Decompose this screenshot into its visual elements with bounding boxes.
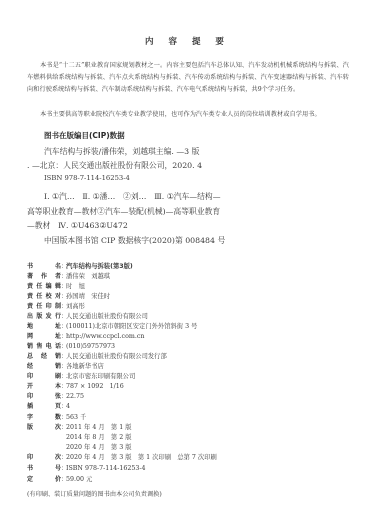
info-label: 经 销 [27, 362, 61, 372]
cip-publisher-line: . —北京：人民交通出版社股份有限公司，2020. 4 [27, 160, 202, 171]
info-value: (100011)北京市朝阳区安定门外外馆斜街 3 号 [66, 322, 197, 332]
info-row-general-distributor: 总 经 销：人民交通出版社股份有限公司发行部 [27, 352, 167, 362]
info-label: 出版发行 [27, 312, 61, 322]
info-label: 定 价 [27, 475, 61, 485]
info-value: 787 × 1092 1/16 [66, 382, 124, 392]
info-row-sheets: 印 张：22.75 [27, 392, 84, 402]
info-label: 书 号 [27, 464, 61, 474]
info-value: 59.00 元 [66, 475, 92, 485]
info-value: 人民交通出版社股份有限公司 [66, 312, 148, 322]
info-label: 责任校对 [27, 292, 61, 302]
edition-3: 2020 年 4 月 第 3 版 [66, 443, 132, 453]
info-label: 责任编辑 [27, 282, 61, 292]
info-label: 版 次 [27, 423, 61, 433]
cip-classification-line-1: Ⅰ. ①汽… Ⅱ. ①潘… ②刘… Ⅲ. ①汽车—结构— [44, 191, 221, 202]
info-row-format: 开 本：787 × 1092 1/16 [27, 382, 124, 392]
info-row-website: 网 址：http://www.ccpcl.com.cn [27, 332, 144, 342]
cip-classification-line-2: 高等职业教育—教材②汽车—装配(机械)—高等职业教育 [27, 206, 220, 217]
cip-heading: 图书在版编目(CIP)数据 [44, 130, 125, 141]
info-label: 印 次 [27, 453, 61, 463]
info-label: 开 本 [27, 382, 61, 392]
info-value: 22.75 [66, 392, 84, 402]
info-row-sales-phone: 销售电话：(010)59757973 [27, 342, 115, 352]
info-value: 2020 年 4 月 第 3 版 第 1 次印刷 总第 7 次印刷 [66, 453, 217, 463]
cip-classification-line-3: —教材 Ⅳ. ①U463②U472 [27, 220, 128, 231]
info-value: 孙国靖 宋佳时 [66, 292, 110, 302]
info-value: 各地新华书店 [66, 362, 104, 372]
info-value: ISBN 978-7-114-16253-4 [66, 464, 146, 474]
info-value: 时 旭 [66, 282, 85, 292]
quality-notice: (有印刷、装订质量问题的图书由本公司负责调换) [27, 489, 162, 498]
info-label: 网 址 [27, 332, 61, 342]
info-value: 人民交通出版社股份有限公司发行部 [66, 352, 167, 362]
info-label: 印 刷 [27, 372, 61, 382]
info-row-print-supervisor: 责任印制：刘高彤 [27, 302, 85, 312]
website-link[interactable]: http://www.ccpcl.com.cn [66, 332, 144, 342]
info-value: 刘高彤 [66, 302, 85, 312]
info-row-author: 著 作 者：潘伟荣 刘越琪 [27, 272, 110, 282]
info-label: 销售电话 [27, 342, 61, 352]
info-row-publisher: 出版发行：人民交通出版社股份有限公司 [27, 312, 148, 322]
info-row-edition: 版 次：2011 年 4 月 第 1 版 [27, 423, 132, 433]
info-label: 插 页 [27, 402, 61, 412]
info-label: 书 名 [27, 262, 61, 272]
info-value: 汽车结构与拆装(第3版) [66, 262, 133, 272]
info-row-isbn: 书 号：ISBN 978-7-114-16253-4 [27, 464, 146, 474]
info-value: (010)59757973 [66, 342, 115, 352]
info-label: 责任印制 [27, 302, 61, 312]
info-label: 字 数 [27, 413, 61, 423]
info-row-distributor: 经 销：各地新华书店 [27, 362, 104, 372]
info-label: 著 作 者 [27, 272, 61, 282]
info-row-price: 定 价：59.00 元 [27, 475, 92, 485]
info-row-editor: 责任编辑：时 旭 [27, 282, 85, 292]
info-row-proofreader: 责任校对：孙国靖 宋佳时 [27, 292, 110, 302]
summary-title: 内 容 提 要 [0, 35, 375, 47]
info-value: 北京市密东印刷有限公司 [66, 372, 135, 382]
edition-2: 2014 年 8 月 第 2 版 [66, 433, 132, 443]
info-value: 563 千 [66, 413, 86, 423]
info-row-word-count: 字 数：563 千 [27, 413, 86, 423]
info-row-printer: 印 刷：北京市密东印刷有限公司 [27, 372, 135, 382]
info-label: 印 张 [27, 392, 61, 402]
cip-isbn: ISBN 978-7-114-16253-4 [44, 174, 130, 182]
info-label: 地 址 [27, 322, 61, 332]
copyright-page: 内 容 提 要 本书是“十二五”职业教育国家规划教材之一。内容主要包括汽车总体认… [0, 0, 375, 531]
info-label: 总 经 销 [27, 352, 61, 362]
summary-paragraph-2: 本书主要供高等职业院校汽车类专业教学使用，也可作为汽车类专业人员的岗位培训教材或… [27, 109, 349, 121]
cip-title-line: 汽车结构与拆装/潘伟荣，刘越琪主编. —3 版 [44, 146, 199, 157]
summary-paragraph-1: 本书是“十二五”职业教育国家规划教材之一。内容主要包括汽车总体认知、汽车发动机机… [27, 60, 349, 97]
info-row-printing: 印 次：2020 年 4 月 第 3 版 第 1 次印刷 总第 7 次印刷 [27, 453, 217, 463]
info-value: 4 [66, 402, 70, 412]
info-row-inserts: 插 页：4 [27, 402, 70, 412]
info-row-title: 书 名：汽车结构与拆装(第3版) [27, 262, 133, 272]
cip-core-number: 中国版本图书馆 CIP 数据核字(2020)第 008484 号 [44, 235, 225, 246]
info-value: 潘伟荣 刘越琪 [66, 272, 110, 282]
info-value: 2011 年 4 月 第 1 版 [66, 423, 132, 433]
info-row-address: 地 址：(100011)北京市朝阳区安定门外外馆斜街 3 号 [27, 322, 197, 332]
